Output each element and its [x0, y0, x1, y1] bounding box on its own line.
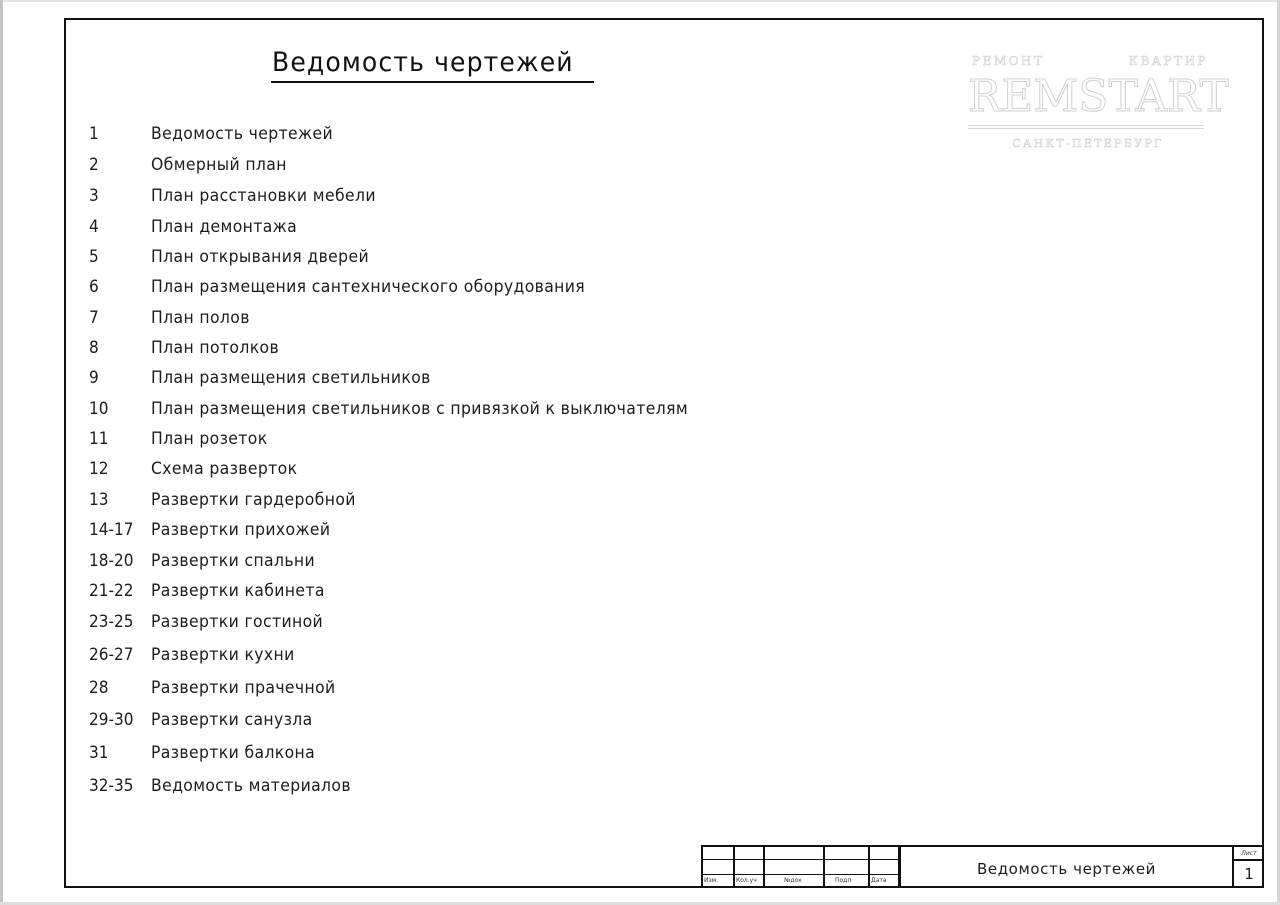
drawing-number: 6 — [89, 275, 145, 299]
drawing-name: Ведомость чертежей — [151, 122, 333, 146]
drawing-number: 21-22 — [89, 579, 145, 603]
drawing-name: Развертки спальни — [151, 549, 315, 573]
logo-brand: REMSTART — [968, 72, 1208, 122]
drawing-name: Ведомость материалов — [151, 774, 351, 798]
page-edge-top — [0, 0, 1280, 2]
drawing-number: 28 — [89, 676, 145, 700]
drawing-number: 13 — [89, 488, 145, 512]
drawing-name: План потолков — [151, 336, 279, 360]
logo-tagline-left: РЕМОНТ — [972, 54, 1044, 68]
grid-line — [701, 859, 899, 860]
drawing-number: 11 — [89, 427, 145, 451]
drawing-number: 7 — [89, 306, 145, 330]
drawing-name: Развертки гостиной — [151, 610, 323, 634]
sheet-number: 1 — [1234, 861, 1264, 888]
drawing-number: 18-20 — [89, 549, 145, 573]
drawing-number: 1 — [89, 122, 145, 146]
title-block-revision-grid: Изм.Кол.уч№докПодпДата — [701, 845, 899, 888]
drawing-name: План расстановки мебели — [151, 184, 376, 208]
drawing-name: Развертки кабинета — [151, 579, 325, 603]
revision-column-label: Кол.уч — [733, 875, 763, 887]
revision-column-label: Дата — [868, 875, 898, 887]
revision-column-label: Подп — [823, 875, 868, 887]
drawing-name: План размещения светильников с привязкой… — [151, 397, 688, 421]
title-block-sheet-name-cell: Ведомость чертежей — [899, 845, 1232, 888]
logo-city: САНКТ-ПЕТЕРБУРГ — [966, 137, 1210, 150]
page-edge-left — [0, 0, 3, 905]
drawing-name: Схема разверток — [151, 457, 297, 481]
document-title: Ведомость чертежей — [272, 47, 571, 78]
title-block-sheet-cell: Лист 1 — [1232, 845, 1264, 888]
drawing-number: 14-17 — [89, 518, 145, 542]
drawing-number: 3 — [89, 184, 145, 208]
title-block-sheet-name: Ведомость чертежей — [901, 847, 1232, 890]
drawing-number: 10 — [89, 397, 145, 421]
sheet-label: Лист — [1234, 847, 1264, 861]
drawing-number: 32-35 — [89, 774, 145, 798]
drawing-name: Развертки прихожей — [151, 518, 330, 542]
drawing-number: 12 — [89, 457, 145, 481]
revision-column-label: Изм. — [701, 875, 733, 887]
drawing-number: 2 — [89, 153, 145, 177]
drawing-name: План размещения сантехнического оборудов… — [151, 275, 585, 299]
drawing-number: 9 — [89, 366, 145, 390]
drawing-number: 8 — [89, 336, 145, 360]
logo-rule — [968, 125, 1204, 129]
title-underline — [271, 81, 594, 83]
drawing-number: 5 — [89, 245, 145, 269]
drawing-number: 4 — [89, 215, 145, 239]
grid-line — [701, 845, 899, 847]
drawing-name: Развертки балкона — [151, 741, 315, 765]
drawing-number: 29-30 — [89, 708, 145, 732]
drawing-number: 26-27 — [89, 643, 145, 667]
drawing-name: Развертки прачечной — [151, 676, 336, 700]
drawing-number: 31 — [89, 741, 145, 765]
drawing-name: План розеток — [151, 427, 268, 451]
drawing-name: Развертки санузла — [151, 708, 313, 732]
remstart-logo: РЕМОНТ КВАРТИР REMSTART САНКТ-ПЕТЕРБУРГ — [966, 50, 1210, 155]
logo-tagline: РЕМОНТ КВАРТИР — [972, 54, 1208, 68]
drawing-name: План полов — [151, 306, 250, 330]
drawing-name: Развертки гардеробной — [151, 488, 356, 512]
drawing-name: Развертки кухни — [151, 643, 295, 667]
drawing-name: Обмерный план — [151, 153, 287, 177]
drawing-name: План открывания дверей — [151, 245, 369, 269]
revision-column-label: №док — [763, 875, 823, 887]
logo-tagline-right: КВАРТИР — [1129, 54, 1208, 68]
drawing-name: План размещения светильников — [151, 366, 431, 390]
drawing-name: План демонтажа — [151, 215, 297, 239]
drawing-number: 23-25 — [89, 610, 145, 634]
